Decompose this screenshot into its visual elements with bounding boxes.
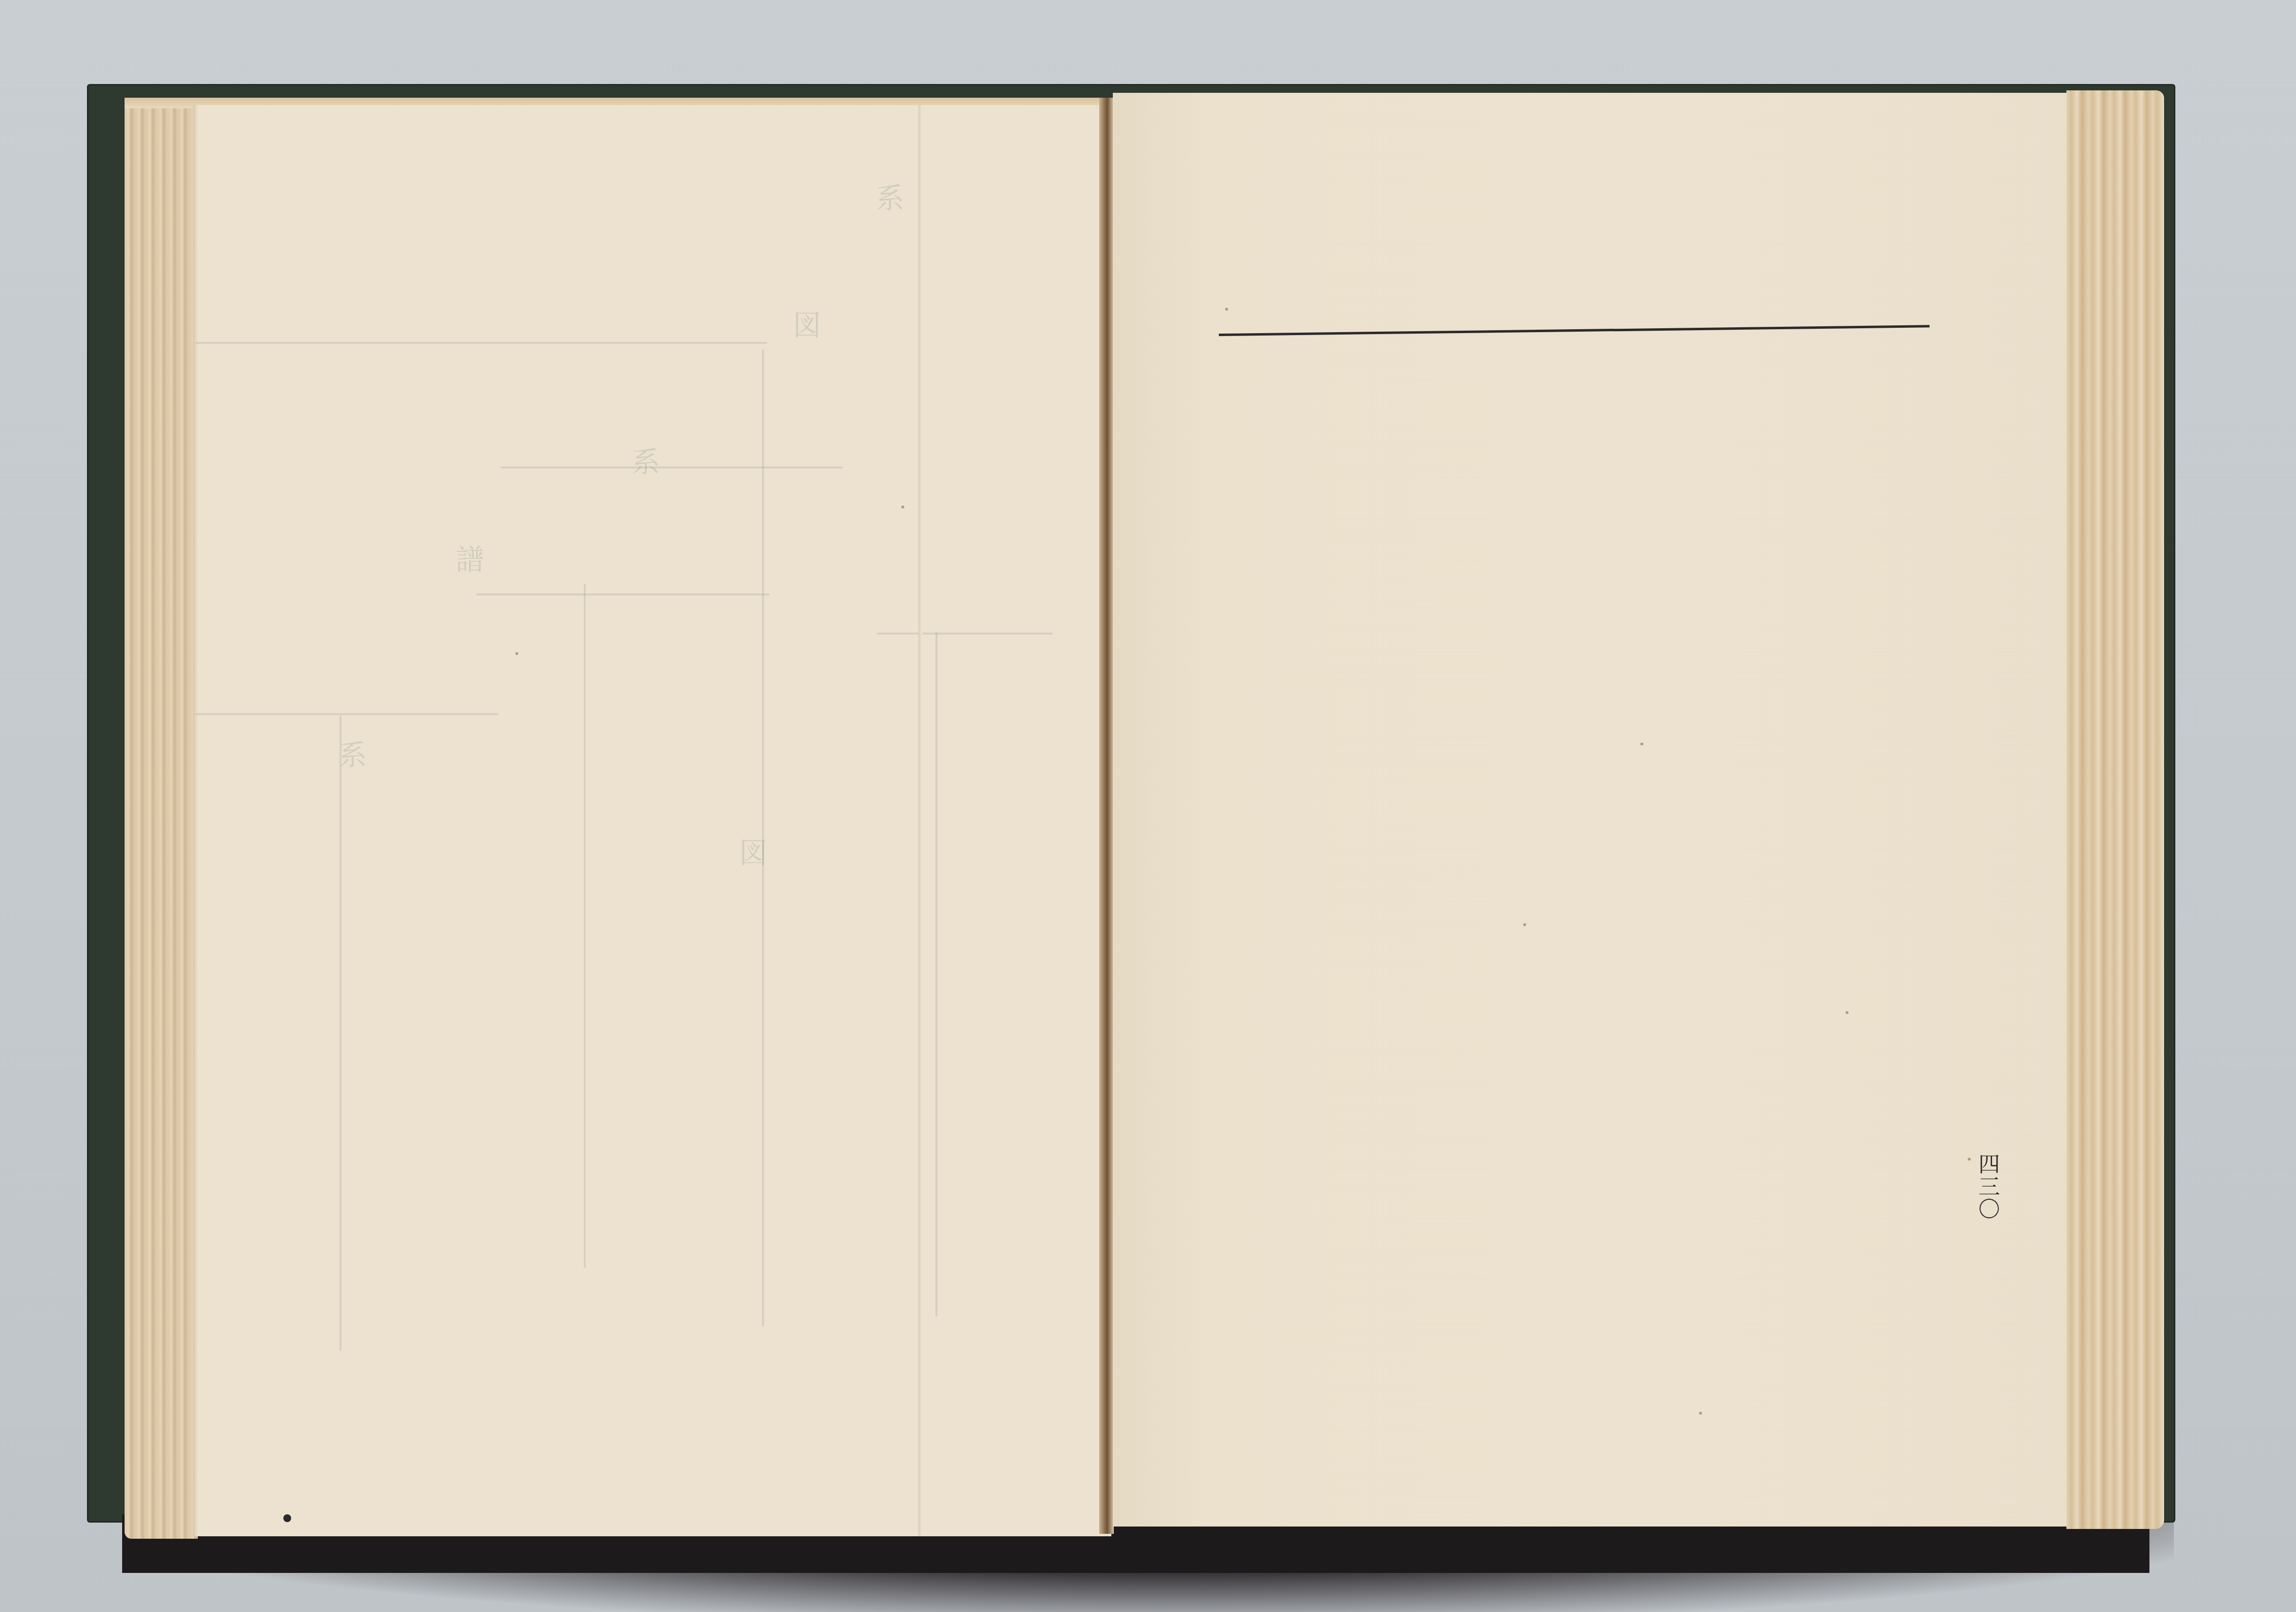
showthrough-line — [195, 342, 767, 344]
showthrough-line — [476, 594, 769, 595]
showthrough-line — [501, 467, 843, 468]
showthrough-text: 図 — [784, 310, 825, 341]
page-number: 四三〇 — [1971, 1153, 2002, 1220]
left-page-inner-strip — [193, 105, 198, 1536]
paper-speck — [1968, 1158, 1971, 1161]
paper-speck — [1699, 1412, 1702, 1415]
right-page — [1113, 93, 2070, 1527]
paper-speck — [1523, 923, 1526, 926]
showthrough-text: 系 — [330, 740, 371, 771]
paper-speck — [515, 652, 518, 655]
showthrough-text: 譜 — [447, 545, 488, 576]
paper-speck — [901, 506, 904, 509]
showthrough-line — [340, 716, 341, 1351]
left-page: 系 図 系 譜 系 図 — [193, 105, 1111, 1536]
book-gutter — [1099, 98, 1114, 1534]
showthrough-text: 系 — [623, 447, 664, 478]
showthrough-line — [584, 584, 586, 1268]
foldout-sheet-edge — [918, 105, 922, 1536]
left-page-edges — [125, 100, 198, 1539]
showthrough-text: 図 — [730, 838, 771, 869]
showthrough-line — [935, 633, 937, 1316]
paper-speck — [1640, 742, 1643, 745]
paper-speck — [1225, 308, 1228, 311]
ink-dot — [283, 1514, 291, 1522]
right-page-edges — [2066, 90, 2164, 1529]
showthrough-text: 系 — [867, 183, 908, 214]
showthrough-line — [877, 633, 1053, 635]
showthrough-line — [195, 713, 498, 715]
paper-speck — [1846, 1011, 1849, 1014]
